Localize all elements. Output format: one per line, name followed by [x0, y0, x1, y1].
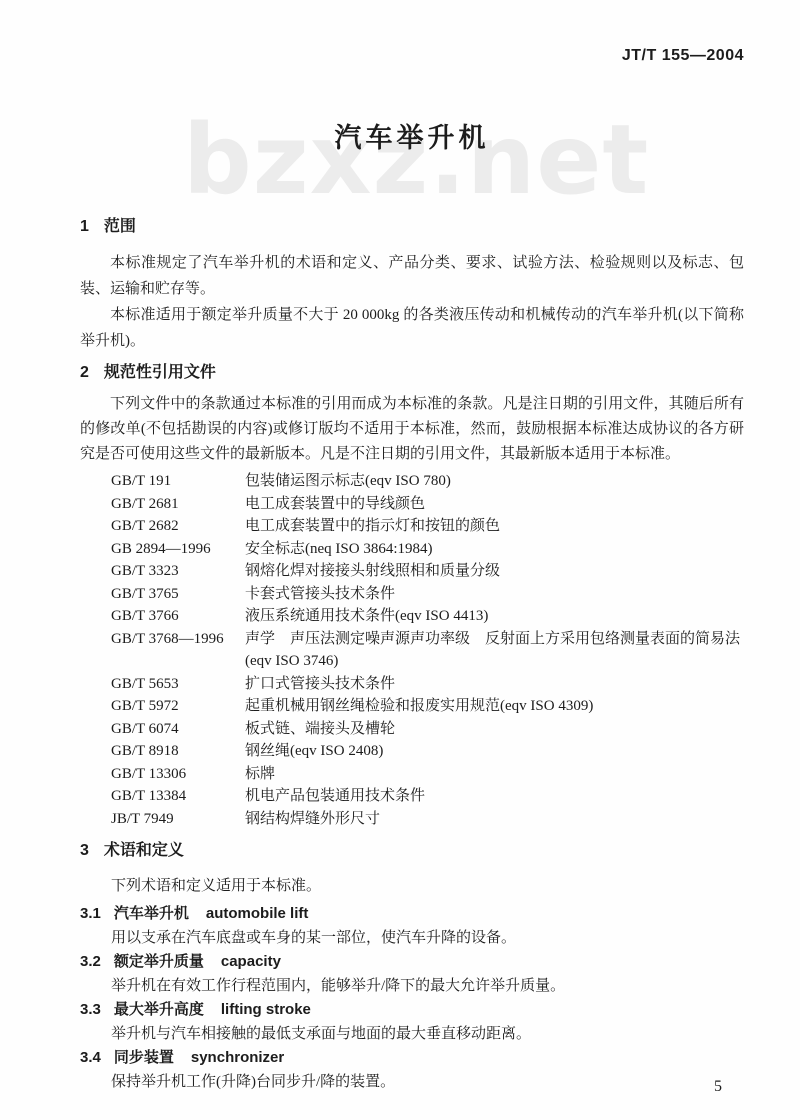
reference-description: 扩口式管接头技术条件 — [245, 673, 744, 696]
reference-item: GB/T 3766 液压系统通用技术条件(eqv ISO 4413) — [80, 605, 744, 628]
reference-code: GB/T 3765 — [111, 583, 245, 606]
section-heading-label: 规范性引用文件 — [104, 364, 216, 381]
reference-item: GB/T 191 包装储运图示标志(eqv ISO 780) — [80, 470, 744, 493]
reference-code: GB/T 2681 — [111, 493, 245, 516]
reference-description: 钢熔化焊对接接头射线照相和质量分级 — [245, 560, 744, 583]
term-zh: 额定举升质量 — [114, 953, 204, 970]
reference-description: 起重机械用钢丝绳检验和报废实用规范(eqv ISO 4309) — [245, 695, 744, 718]
term-definition: 保持举升机工作(升降)台同步升/降的装置。 — [80, 1070, 744, 1094]
term-definition: 用以支承在汽车底盘或车身的某一部位，使汽车升降的设备。 — [80, 926, 744, 950]
reference-code: GB/T 6074 — [111, 718, 245, 741]
standard-number: JT/T 155—2004 — [80, 46, 744, 66]
term-definition: 举升机在有效工作行程范围内，能够举升/降下的最大允许举升质量。 — [80, 974, 744, 998]
reference-item: GB/T 13306 标牌 — [80, 763, 744, 786]
term-number: 3.3 — [80, 998, 101, 1022]
reference-item: GB/T 5972 起重机械用钢丝绳检验和报废实用规范(eqv ISO 4309… — [80, 695, 744, 718]
reference-description: 板式链、端接头及槽轮 — [245, 718, 744, 741]
reference-code: GB/T 5653 — [111, 673, 245, 696]
term-number: 3.2 — [80, 950, 101, 974]
document-title: 汽车举升机 — [80, 120, 744, 156]
reference-description: 电工成套装置中的导线颜色 — [245, 493, 744, 516]
term-heading: 3.1汽车举升机automobile lift — [80, 902, 744, 926]
reference-description: 安全标志(neq ISO 3864:1984) — [245, 538, 744, 561]
reference-code: GB 2894—1996 — [111, 538, 245, 561]
reference-code: GB/T 3768—1996 — [111, 628, 245, 651]
section-terms: 3术语和定义 下列术语和定义适用于本标准。 3.1汽车举升机automobile… — [80, 840, 744, 1094]
reference-item: GB/T 5653 扩口式管接头技术条件 — [80, 673, 744, 696]
reference-code: GB/T 191 — [111, 470, 245, 493]
term-heading: 3.3最大举升高度lifting stroke — [80, 998, 744, 1022]
term-entry: 3.2额定举升质量capacity 举升机在有效工作行程范围内，能够举升/降下的… — [80, 950, 744, 998]
term-number: 3.1 — [80, 902, 101, 926]
reference-description: 机电产品包装通用技术条件 — [245, 785, 744, 808]
reference-item: GB/T 2682 电工成套装置中的指示灯和按钮的颜色 — [80, 515, 744, 538]
reference-item-continuation: (eqv ISO 3746) — [80, 650, 744, 673]
term-en: synchronizer — [191, 1046, 284, 1070]
reference-description: 标牌 — [245, 763, 744, 786]
reference-description: (eqv ISO 3746) — [245, 650, 744, 673]
reference-description: 包装储运图示标志(eqv ISO 780) — [245, 470, 744, 493]
terms-intro: 下列术语和定义适用于本标准。 — [80, 874, 744, 898]
section-references-heading: 2规范性引用文件 — [80, 362, 744, 384]
reference-list: GB/T 191 包装储运图示标志(eqv ISO 780) GB/T 2681… — [80, 470, 744, 830]
term-en: automobile lift — [206, 902, 309, 926]
reference-description: 电工成套装置中的指示灯和按钮的颜色 — [245, 515, 744, 538]
page-number: 5 — [700, 1078, 736, 1096]
scope-paragraph: 本标准适用于额定举升质量不大于 20 000kg 的各类液压传动和机械传动的汽车… — [80, 302, 744, 354]
section-terms-heading: 3术语和定义 — [80, 840, 744, 862]
term-zh: 最大举升高度 — [114, 1001, 204, 1018]
document-page: bzxz.net JT/T 155—2004 汽车举升机 1范围 本标准规定了汽… — [0, 0, 800, 1120]
section-references: 2规范性引用文件 下列文件中的条款通过本标准的引用而成为本标准的条款。凡是注日期… — [80, 362, 744, 830]
reference-code: GB/T 3766 — [111, 605, 245, 628]
reference-description: 钢结构焊缝外形尺寸 — [245, 808, 744, 831]
term-entry: 3.3最大举升高度lifting stroke 举升机与汽车相接触的最低支承面与… — [80, 998, 744, 1046]
term-number: 3.4 — [80, 1046, 101, 1070]
reference-item: JB/T 7949 钢结构焊缝外形尺寸 — [80, 808, 744, 831]
reference-code-spacer — [111, 650, 245, 673]
term-zh: 汽车举升机 — [114, 905, 189, 922]
reference-item: GB/T 13384 机电产品包装通用技术条件 — [80, 785, 744, 808]
term-definition: 举升机与汽车相接触的最低支承面与地面的最大垂直移动距离。 — [80, 1022, 744, 1046]
section-number: 2 — [80, 362, 89, 384]
reference-item: GB/T 3765 卡套式管接头技术条件 — [80, 583, 744, 606]
section-scope-heading: 1范围 — [80, 216, 744, 238]
reference-item: GB/T 2681 电工成套装置中的导线颜色 — [80, 493, 744, 516]
reference-description: 声学 声压法测定噪声源声功率级 反射面上方采用包络测量表面的简易法 — [245, 628, 744, 651]
section-heading-label: 术语和定义 — [104, 842, 184, 859]
section-number: 3 — [80, 840, 89, 862]
reference-description: 卡套式管接头技术条件 — [245, 583, 744, 606]
reference-code: GB/T 2682 — [111, 515, 245, 538]
term-heading: 3.2额定举升质量capacity — [80, 950, 744, 974]
page-content: JT/T 155—2004 汽车举升机 1范围 本标准规定了汽车举升机的术语和定… — [0, 0, 800, 1094]
term-en: capacity — [221, 950, 281, 974]
reference-code: GB/T 5972 — [111, 695, 245, 718]
reference-item: GB/T 8918 钢丝绳(eqv ISO 2408) — [80, 740, 744, 763]
reference-code: GB/T 13306 — [111, 763, 245, 786]
term-entry: 3.4同步装置synchronizer 保持举升机工作(升降)台同步升/降的装置… — [80, 1046, 744, 1094]
term-entry: 3.1汽车举升机automobile lift 用以支承在汽车底盘或车身的某一部… — [80, 902, 744, 950]
term-zh: 同步装置 — [114, 1049, 174, 1066]
reference-item: GB/T 6074 板式链、端接头及槽轮 — [80, 718, 744, 741]
reference-item: GB/T 3768—1996 声学 声压法测定噪声源声功率级 反射面上方采用包络… — [80, 628, 744, 651]
reference-code: GB/T 3323 — [111, 560, 245, 583]
reference-description: 液压系统通用技术条件(eqv ISO 4413) — [245, 605, 744, 628]
reference-code: JB/T 7949 — [111, 808, 245, 831]
references-intro: 下列文件中的条款通过本标准的引用而成为本标准的条款。凡是注日期的引用文件，其随后… — [80, 392, 744, 467]
section-number: 1 — [80, 216, 89, 238]
section-heading-label: 范围 — [104, 218, 136, 235]
scope-paragraph: 本标准规定了汽车举升机的术语和定义、产品分类、要求、试验方法、检验规则以及标志、… — [80, 250, 744, 302]
section-scope: 1范围 本标准规定了汽车举升机的术语和定义、产品分类、要求、试验方法、检验规则以… — [80, 216, 744, 354]
reference-item: GB/T 3323 钢熔化焊对接接头射线照相和质量分级 — [80, 560, 744, 583]
term-heading: 3.4同步装置synchronizer — [80, 1046, 744, 1070]
reference-description: 钢丝绳(eqv ISO 2408) — [245, 740, 744, 763]
reference-code: GB/T 13384 — [111, 785, 245, 808]
term-en: lifting stroke — [221, 998, 311, 1022]
reference-item: GB 2894—1996 安全标志(neq ISO 3864:1984) — [80, 538, 744, 561]
reference-code: GB/T 8918 — [111, 740, 245, 763]
